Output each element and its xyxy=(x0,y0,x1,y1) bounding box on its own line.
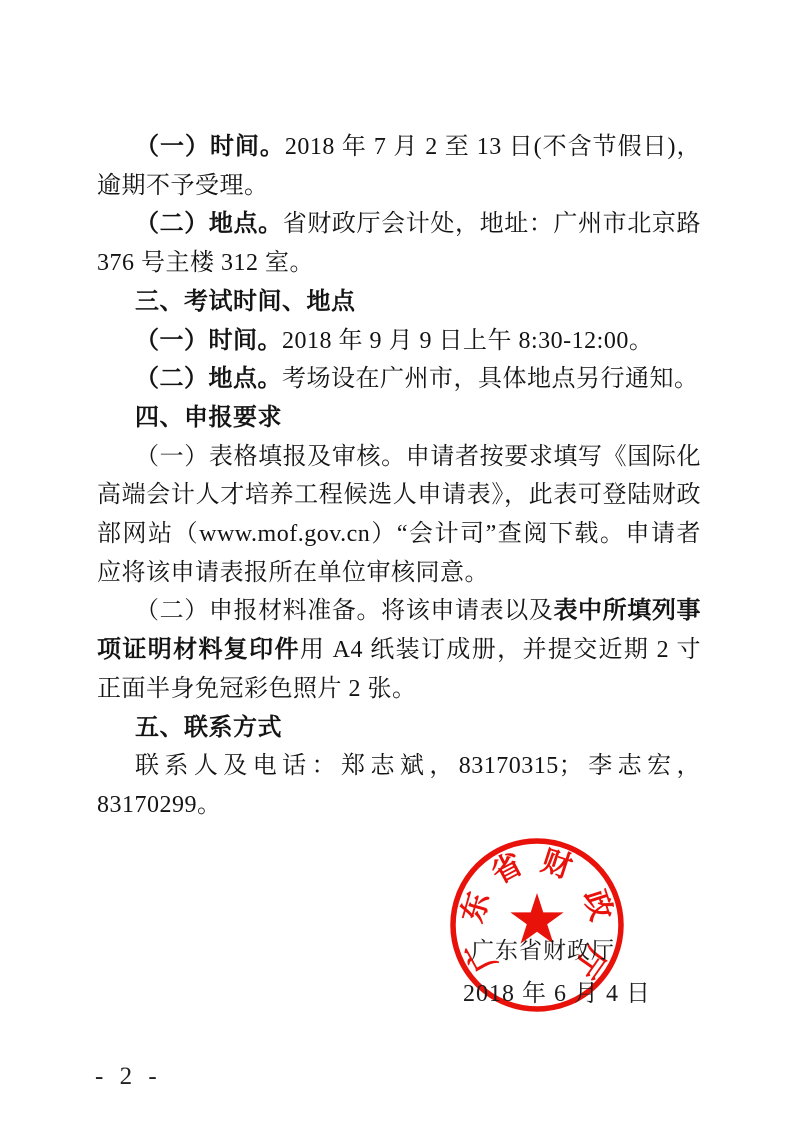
body-paragraph: （二）地点。考场设在广州市，具体地点另行通知。 xyxy=(97,360,701,399)
contact-info: 联系人及电话：郑志斌，83170315；李志宏，83170299。 xyxy=(97,753,701,818)
paragraph-lead: （二）地点。 xyxy=(135,366,282,392)
document-content: （一）时间。2018 年 7 月 2 至 13 日(不含节假日)，逾期不予受理。… xyxy=(97,128,701,825)
text-segment: 2018 年 9 月 9 日上午 8:30-12:00。 xyxy=(282,328,653,354)
paragraph-lead: （一）时间。 xyxy=(135,134,285,160)
seal-char: 东 xyxy=(456,889,496,927)
body-paragraph: 联系人及电话：郑志斌，83170315；李志宏，83170299。 xyxy=(97,747,701,824)
paragraph-lead: （二）地点。 xyxy=(135,211,283,237)
document-page: （一）时间。2018 年 7 月 2 至 13 日(不含节假日)，逾期不予受理。… xyxy=(0,0,793,1122)
body-paragraph: （一）时间。2018 年 7 月 2 至 13 日(不含节假日)，逾期不予受理。 xyxy=(97,128,701,205)
page-number: - 2 - xyxy=(95,1063,162,1091)
body-paragraph: （二）地点。省财政厅会计处，地址：广州市北京路 376 号主楼 312 室。 xyxy=(97,205,701,282)
text-segment: （二）申报材料准备。将该申请表以及 xyxy=(135,598,553,624)
text-segment: （一）表格填报及审核。申请者按要求填写《国际化高端会计人才培养工程候选人申请表》… xyxy=(97,444,701,586)
body-paragraph: （一）表格填报及审核。申请者按要求填写《国际化高端会计人才培养工程候选人申请表》… xyxy=(97,438,701,593)
signature-organization: 广东省财政厅 xyxy=(471,932,615,965)
section-heading: 五、联系方式 xyxy=(97,709,701,748)
text-segment: 考场设在广州市，具体地点另行通知。 xyxy=(282,366,699,392)
section-heading: 三、考试时间、地点 xyxy=(97,283,701,322)
section-heading: 四、申报要求 xyxy=(97,399,701,438)
body-paragraph: （二）申报材料准备。将该申请表以及表中所填列事项证明材料复印件用 A4 纸装订成… xyxy=(97,592,701,708)
signature-date: 2018 年 6 月 4 日 xyxy=(463,973,651,1008)
body-paragraph: （一）时间。2018 年 9 月 9 日上午 8:30-12:00。 xyxy=(97,322,701,361)
paragraph-lead: （一）时间。 xyxy=(135,328,282,354)
